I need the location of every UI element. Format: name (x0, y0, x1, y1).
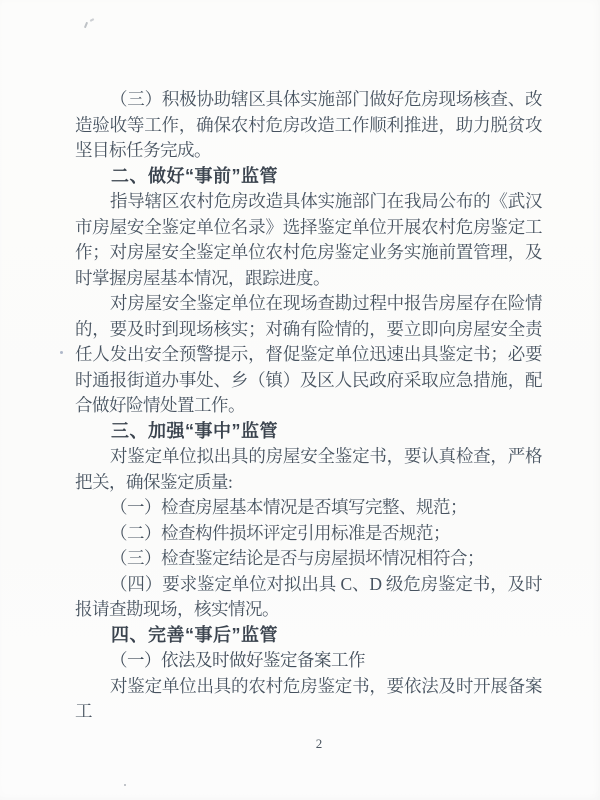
paragraph: （四）要求鉴定单位对拟出具 C、D 级危房鉴定书，及时报请查勘现场，核实情况。 (75, 572, 542, 623)
paragraph: （一）依法及时做好鉴定备案工作 (75, 648, 542, 674)
paragraph: （三）检查鉴定结论是否与房屋损坏情况相符合； (75, 546, 542, 572)
paragraph: （二）检查构件损坏评定引用标准是否规范； (75, 521, 542, 547)
section-heading: 二、做好“事前”监管 (75, 164, 542, 190)
scan-artifact (60, 351, 63, 354)
page-number: 2 (0, 736, 600, 752)
section-heading: 四、完善“事后”监管 (75, 623, 542, 649)
paragraph: 对鉴定单位出具的农村危房鉴定书，要依法及时开展备案工 (75, 674, 542, 725)
paragraph: 指导辖区农村危房改造具体实施部门在我局公布的《武汉市房屋安全鉴定单位名录》选择鉴… (75, 189, 542, 291)
document-body: （三）积极协助辖区具体实施部门做好危房现场核查、改造验收等工作，确保农村危房改造… (75, 87, 542, 725)
paragraph: 对鉴定单位拟出具的房屋安全鉴定书，要认真检查，严格把关，确保鉴定质量: (75, 444, 542, 495)
scan-artifact (84, 19, 94, 29)
scanned-document-page: （三）积极协助辖区具体实施部门做好危房现场核查、改造验收等工作，确保农村危房改造… (0, 0, 600, 800)
paragraph: （三）积极协助辖区具体实施部门做好危房现场核查、改造验收等工作，确保农村危房改造… (75, 87, 542, 164)
paragraph: （一）检查房屋基本情况是否填写完整、规范； (75, 495, 542, 521)
section-heading: 三、加强“事中”监管 (75, 419, 542, 445)
scan-artifact (124, 784, 126, 786)
paragraph: 对房屋安全鉴定单位在现场查勘过程中报告房屋存在险情的，要及时到现场核实；对确有险… (75, 291, 542, 419)
